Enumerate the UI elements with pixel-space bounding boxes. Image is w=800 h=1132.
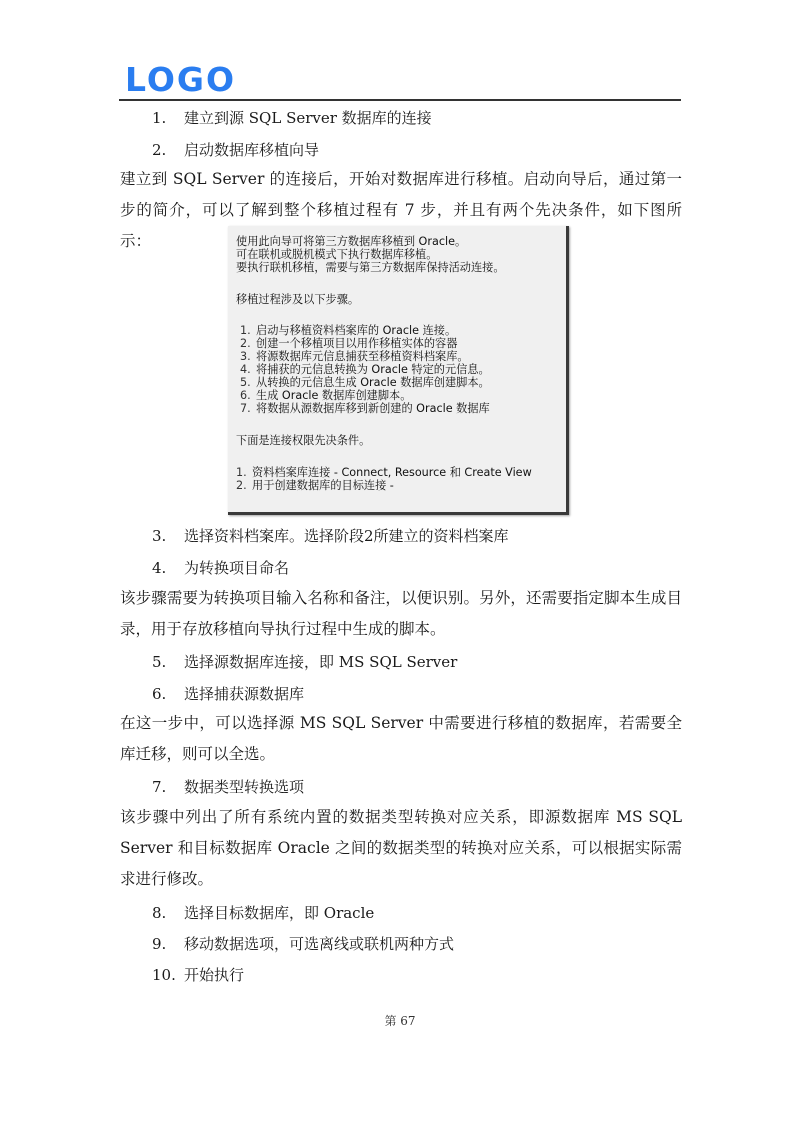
figure-step: 7.将数据从源数据库移到新创建的 Oracle 数据库 bbox=[240, 402, 490, 415]
figure-intro-line: 要执行联机移植，需要与第三方数据库保持活动连接。 bbox=[236, 261, 505, 274]
step-item: 10.开始执行 bbox=[152, 965, 244, 985]
figure-step: 1.启动与移植资料档案库的 Oracle 连接。 bbox=[240, 324, 456, 337]
step-text: 移动数据选项，可选离线或联机两种方式 bbox=[184, 935, 454, 953]
document-page: LOGO 1.建立到源 SQL Server 数据库的连接 2.启动数据库移植向… bbox=[0, 0, 800, 1132]
step-number: 2. bbox=[152, 140, 184, 160]
paragraph-step4-detail: 该步骤需要为转换项目输入名称和备注，以便识别。另外，还需要指定脚本生成目录，用于… bbox=[120, 583, 682, 645]
step-text: 选择源数据库连接，即 MS SQL Server bbox=[184, 653, 457, 671]
step-text: 开始执行 bbox=[184, 966, 244, 984]
figure-step: 5.从转换的元信息生成 Oracle 数据库创建脚本。 bbox=[240, 376, 490, 389]
step-item: 6.选择捕获源数据库 bbox=[152, 684, 304, 704]
step-number: 8. bbox=[152, 903, 184, 923]
step-item: 5.选择源数据库连接，即 MS SQL Server bbox=[152, 652, 457, 672]
figure-prereq-heading: 下面是连接权限先决条件。 bbox=[236, 434, 370, 447]
figure-step: 6.生成 Oracle 数据库创建脚本。 bbox=[240, 389, 411, 402]
step-item: 2.启动数据库移植向导 bbox=[152, 140, 319, 160]
figure-intro-line: 使用此向导可将第三方数据库移植到 Oracle。 bbox=[236, 235, 466, 248]
figure-step: 2.创建一个移植项目以用作移植实体的容器 bbox=[240, 337, 457, 350]
step-text: 为转换项目命名 bbox=[184, 559, 289, 577]
figure-prereq: 1.资料档案库连接 - Connect, Resource 和 Create V… bbox=[236, 466, 532, 479]
step-item: 8.选择目标数据库，即 Oracle bbox=[152, 903, 374, 923]
step-item: 1.建立到源 SQL Server 数据库的连接 bbox=[152, 108, 432, 128]
figure-prereq: 2.用于创建数据库的目标连接 - bbox=[236, 479, 394, 492]
figure-intro-line: 可在联机或脱机模式下执行数据库移植。 bbox=[236, 248, 437, 261]
step-number: 6. bbox=[152, 684, 184, 704]
step-text: 选择资料档案库。选择阶段2所建立的资料档案库 bbox=[184, 527, 509, 545]
figure-step: 3.将源数据库元信息捕获至移植资料档案库。 bbox=[240, 350, 469, 363]
step-text: 建立到源 SQL Server 数据库的连接 bbox=[184, 109, 432, 127]
header-divider bbox=[119, 99, 681, 101]
step-text: 启动数据库移植向导 bbox=[184, 141, 319, 159]
step-number: 9. bbox=[152, 934, 184, 954]
step-item: 9.移动数据选项，可选离线或联机两种方式 bbox=[152, 934, 454, 954]
step-item: 3.选择资料档案库。选择阶段2所建立的资料档案库 bbox=[152, 526, 509, 546]
wizard-screenshot-figure: 使用此向导可将第三方数据库移植到 Oracle。 可在联机或脱机模式下执行数据库… bbox=[228, 226, 569, 515]
paragraph-step7-detail: 该步骤中列出了所有系统内置的数据类型转换对应关系，即源数据库 MS SQL Se… bbox=[120, 802, 682, 895]
step-number: 3. bbox=[152, 526, 184, 546]
page-number: 第 67 bbox=[0, 1012, 800, 1029]
figure-step: 4.将捕获的元信息转换为 Oracle 特定的元信息。 bbox=[240, 363, 490, 376]
step-text: 选择目标数据库，即 Oracle bbox=[184, 904, 374, 922]
step-number: 5. bbox=[152, 652, 184, 672]
step-item: 4.为转换项目命名 bbox=[152, 558, 289, 578]
logo: LOGO bbox=[125, 63, 236, 96]
step-item: 7.数据类型转换选项 bbox=[152, 777, 304, 797]
step-number: 7. bbox=[152, 777, 184, 797]
step-number: 10. bbox=[152, 965, 184, 985]
step-text: 数据类型转换选项 bbox=[184, 778, 304, 796]
step-number: 4. bbox=[152, 558, 184, 578]
step-text: 选择捕获源数据库 bbox=[184, 685, 304, 703]
figure-steps-heading: 移植过程涉及以下步骤。 bbox=[236, 293, 359, 306]
paragraph-step6-detail: 在这一步中，可以选择源 MS SQL Server 中需要进行移植的数据库，若需… bbox=[120, 708, 682, 770]
step-number: 1. bbox=[152, 108, 184, 128]
